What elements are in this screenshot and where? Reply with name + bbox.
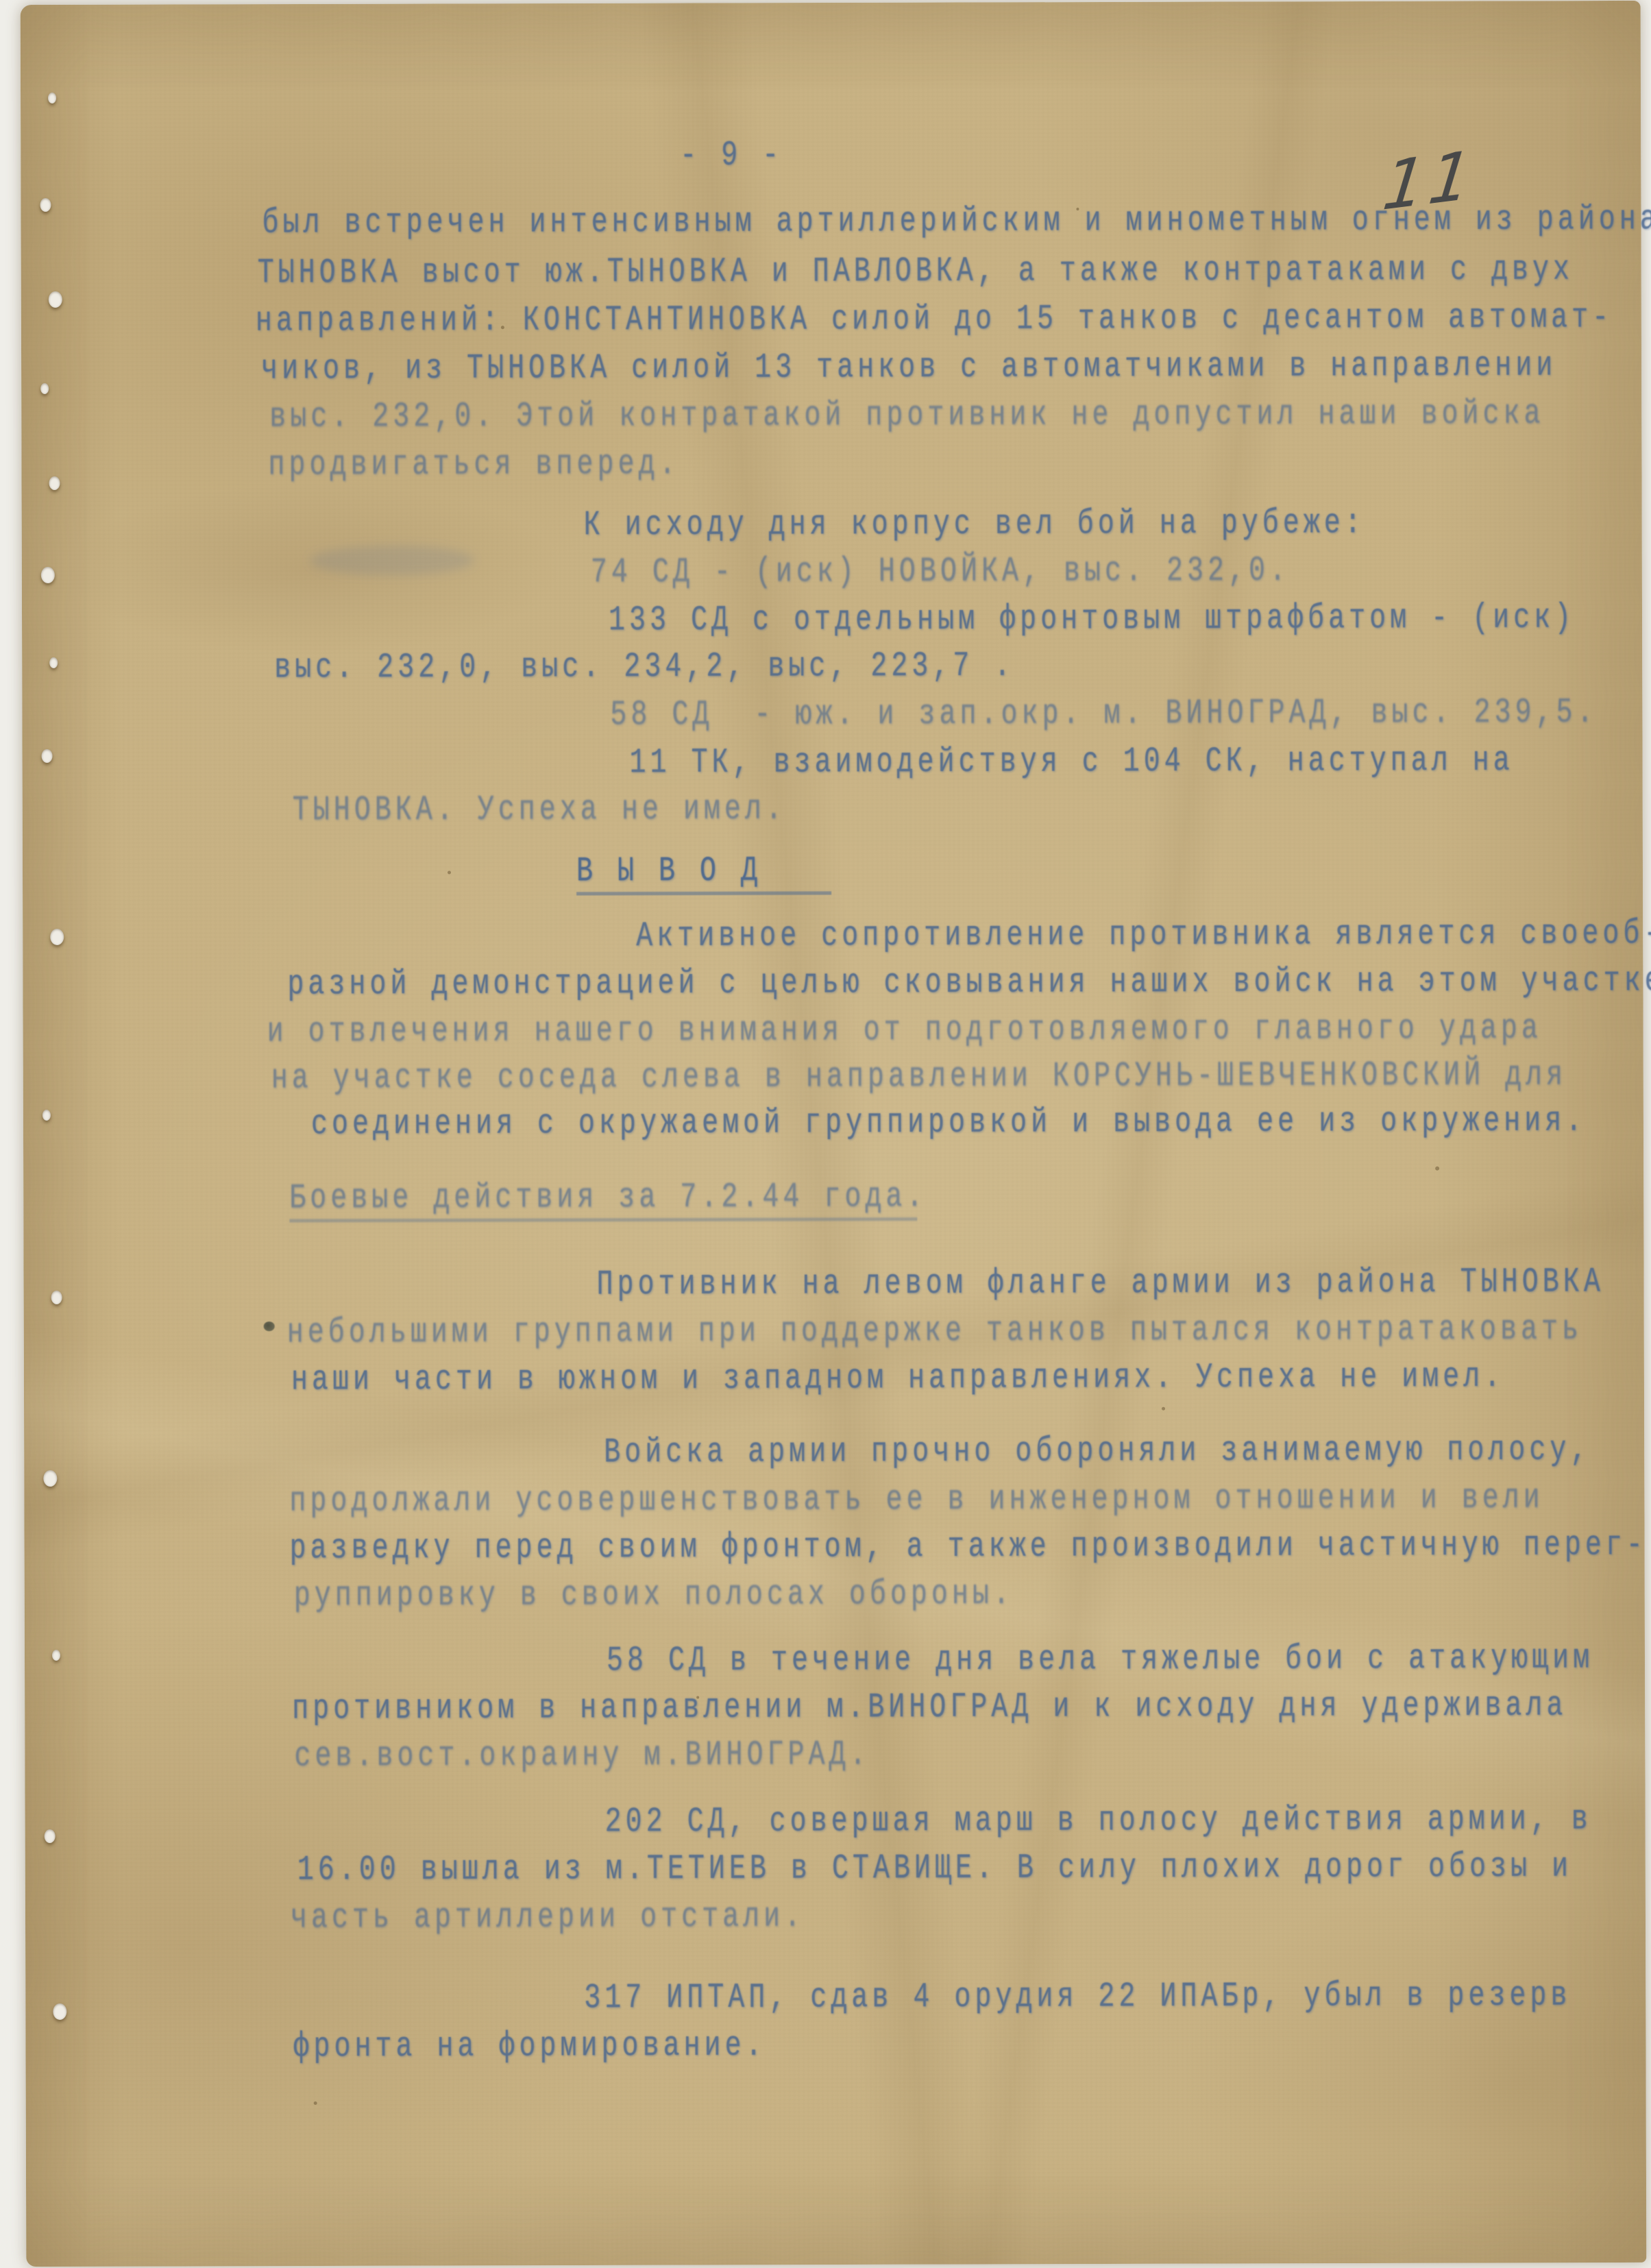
typed-text-line: был встречен интенсивным артиллерийским …: [262, 202, 1651, 244]
typed-text-line: Войска армии прочно обороняли занимаемую…: [604, 1432, 1591, 1473]
paper-speck: [448, 870, 451, 874]
typed-text-line: чиков, из ТЫНОВКА силой 13 танков с авто…: [261, 347, 1556, 389]
typed-text-line: руппировку в своих полосах обороны.: [294, 1576, 1014, 1616]
typed-text-line: ТЫНОВКА. Успеха не имел.: [293, 791, 786, 831]
punch-hole: [53, 2003, 66, 2020]
punch-hole: [49, 476, 60, 490]
punch-hole: [42, 749, 53, 763]
typed-text-line: 11 ТК, взаимодействуя с 104 СК, наступал…: [630, 742, 1514, 783]
typed-text-line: 16.00 вышла из м.ТЕТИЕВ в СТАВИЩЕ. В сил…: [297, 1849, 1572, 1890]
typed-text-layer: был встречен интенсивным артиллерийским …: [21, 1, 1641, 5]
typed-text-line: ТЫНОВКА высот юж.ТЫНОВКА и ПАВЛОВКА, а т…: [258, 252, 1574, 293]
punch-hole: [45, 1829, 56, 1843]
typed-text-line: 133 СД с отдельным фронтовым штрафбатом …: [609, 600, 1575, 641]
typed-text-line: разведку перед своим фронтом, а также пр…: [290, 1527, 1647, 1570]
typed-text-line: противником в направлении м.ВИНОГРАД и к…: [292, 1687, 1567, 1729]
typed-text-line: 74 СД - (иск) НОВОЙКА, выс. 232,0.: [591, 552, 1290, 593]
paper-speck: [696, 1696, 699, 1699]
typed-text-line: К исходу дня корпус вел бой на рубеже:: [584, 505, 1365, 546]
typed-text-line: Противник на левом фланге армии из район…: [597, 1264, 1604, 1305]
typed-text-line: фронта на формирование.: [293, 2027, 766, 2067]
typed-text-line: продвигаться вперед.: [268, 446, 679, 486]
typed-text-line: сев.вост.окраину м.ВИНОГРАД.: [294, 1737, 870, 1777]
paper-speck: [1162, 1407, 1165, 1411]
typed-text-line: наши части в южном и западном направлени…: [291, 1358, 1504, 1400]
typed-text-line: разной демонстрацией с целью сковывания …: [287, 963, 1651, 1005]
typed-text-line: и отвлечения нашего внимания от подготов…: [267, 1010, 1542, 1052]
scanned-page: - 9 - 11 был встречен интенсивным артилл…: [0, 0, 1651, 2268]
section-heading-conclusion: В Ы В О Д: [576, 853, 831, 895]
ink-speck: [264, 1321, 275, 1331]
typed-text-line: продолжали усовершенствовать ее в инжене…: [289, 1480, 1543, 1522]
typed-text-line: соединения с окружаемой группировкой и в…: [311, 1103, 1586, 1145]
typed-text-line: часть артиллерии отстали.: [291, 1899, 805, 1938]
typed-text-line: 202 СД, совершая марш в полосу действия …: [605, 1801, 1592, 1842]
typed-text-line: 317 ИПТАП, сдав 4 орудия 22 ИПАБр, убыл …: [584, 1977, 1571, 2019]
typed-text-line: на участке соседа слева в направлении КО…: [271, 1057, 1567, 1099]
section-heading-date: Боевые действия за 7.2.44 года.: [289, 1179, 917, 1223]
punch-hole: [41, 567, 55, 583]
punch-hole: [42, 1110, 51, 1121]
punch-hole: [49, 657, 58, 668]
punch-hole: [43, 1470, 57, 1487]
typed-text-line: 58 СД в течение дня вела тяжелые бои с а…: [607, 1640, 1593, 1681]
typed-text-line: выс. 232,0. Этой контратакой противник н…: [269, 395, 1544, 437]
punch-hole: [51, 1291, 62, 1304]
paper-speck: [1435, 1167, 1439, 1171]
punch-hole: [50, 929, 64, 945]
paper-speck: [1076, 208, 1079, 210]
punch-holes: [21, 1, 1641, 5]
paper-speck: [501, 326, 504, 329]
punch-hole: [48, 93, 56, 103]
typed-text-line: 58 СД - юж. и зап.окр. м. ВИНОГРАД, выс.…: [610, 694, 1597, 735]
typed-text-line: направлений: КОНСТАНТИНОВКА силой до 15 …: [256, 300, 1613, 342]
punch-hole: [40, 198, 51, 212]
typed-text-line: выс. 232,0, выс. 234,2, выс, 223,7 .: [274, 648, 1014, 688]
punch-hole: [49, 291, 62, 308]
punch-hole: [40, 383, 49, 394]
page-number: - 9 -: [680, 137, 783, 176]
typed-text-line: Активное сопротивление противника являет…: [636, 916, 1651, 957]
paper-sheet: - 9 - 11 был встречен интенсивным артилл…: [21, 1, 1647, 2267]
typed-text-line: небольшими группами при поддержке танков…: [287, 1311, 1582, 1353]
punch-hole: [52, 1650, 60, 1661]
paper-speck: [314, 2101, 317, 2105]
ink-smudge: [310, 545, 474, 576]
